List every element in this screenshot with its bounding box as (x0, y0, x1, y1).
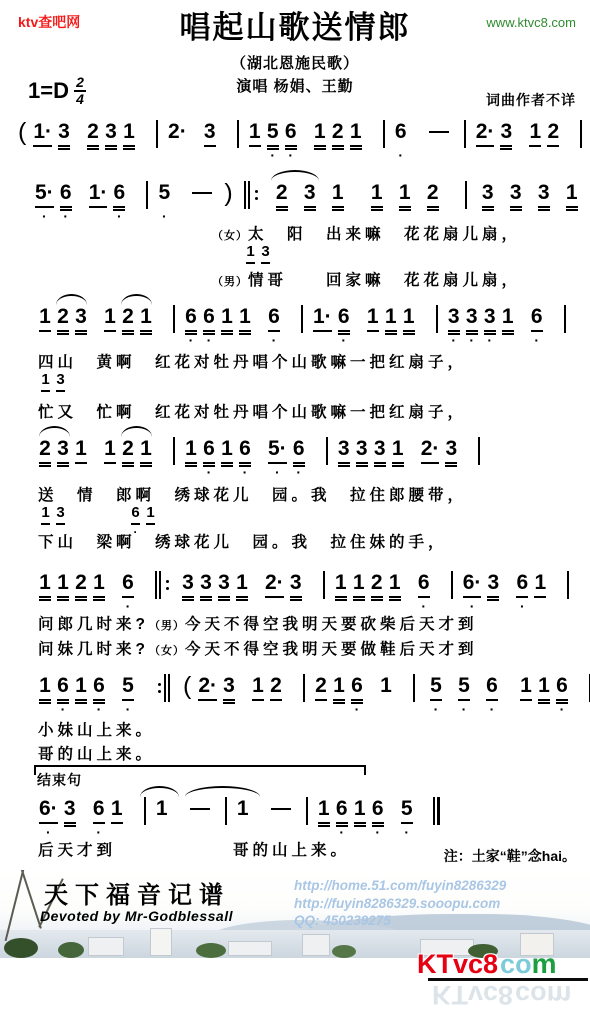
note: 3· (53, 372, 68, 403)
note: 2· (72, 571, 90, 611)
lyric-text: 情哥 回家嘛 花花扇儿扇， (248, 272, 521, 289)
note: 6· (478, 674, 506, 714)
note: 1· (101, 437, 119, 477)
note: 2· (312, 674, 330, 714)
music-line: 1·6·1·6·5·(2··3·1·2·2·1·6·1·5·5·6·1·1·6·… (36, 661, 590, 714)
pronunciation-note: 注：土家“鞋”念hai。 (444, 846, 576, 866)
barline (303, 674, 305, 702)
note: 6· (553, 674, 571, 714)
dash-note (429, 131, 449, 133)
note: 1· (246, 120, 264, 160)
slur-arc (271, 170, 320, 181)
lyric-text: 今天不得空我明天要砍柴后天才到 (185, 616, 478, 633)
lyric-line: 下山 梁啊 绣球花儿 园。我 拉住妹的手， (38, 530, 448, 552)
note: 1· (377, 674, 395, 714)
note: 1· (315, 797, 333, 837)
note: 1· (535, 674, 553, 714)
note: 1· (531, 571, 549, 611)
barline (567, 571, 569, 599)
note: 1· (218, 437, 236, 477)
note: 1· (233, 571, 251, 611)
note: 2· (329, 120, 347, 160)
repeat-end-sign (155, 674, 172, 702)
lyric-line: 问郎几时来?（男）今天不得空我明天要砍柴后天才到 (38, 612, 477, 634)
beam-group: 5· (398, 797, 416, 837)
music-line: (1··3·2·3·1·2··3·1·5·6·1·2·1·6·2··3·1·2·… (14, 107, 590, 160)
note: 3· (530, 181, 558, 221)
note: 2· (544, 120, 562, 160)
tree-photo (332, 945, 356, 958)
building-photo (302, 934, 330, 956)
beam-group: 6· (528, 305, 546, 345)
note: 1· (108, 797, 126, 837)
key-time-signature: 1=D 24 (28, 76, 86, 106)
repeat-begin-sign (244, 181, 261, 209)
beam-group: 1· (153, 797, 171, 837)
note: 6· (265, 305, 283, 345)
note: 1· (54, 571, 72, 611)
note: 6· (200, 437, 218, 477)
note: 3· (474, 181, 502, 221)
note: 1· (391, 181, 419, 221)
lyric-text: 下山 梁啊 绣球花儿 园。我 拉住妹的手， (38, 534, 448, 551)
note: 1· (90, 571, 108, 611)
note: 1· (236, 305, 254, 345)
beam-group: 5·5·6· (422, 674, 506, 714)
note: 5·· (32, 181, 57, 221)
close-paren: ) (224, 181, 232, 206)
note: 1· (72, 674, 90, 714)
barline (156, 120, 158, 148)
note: 3· (54, 437, 72, 477)
bracket-tick (34, 767, 36, 775)
beam-group: 1·2·1· (101, 305, 155, 345)
beam-group: 1·1·2·1· (332, 571, 404, 611)
voice-label: （女） (212, 230, 248, 242)
barline (436, 305, 438, 333)
barline (237, 120, 239, 148)
beam-group: 6··3· (36, 797, 79, 837)
note: 3· (61, 797, 79, 837)
note: 3· (445, 305, 463, 345)
barline (146, 181, 148, 209)
beam-group: 1·1·1· (364, 305, 418, 345)
note: 2· (267, 674, 285, 714)
beam-group: 3·3·3·1· (335, 437, 407, 477)
music-line: 2·3·1·1·2·1·1·6·1·6·5··6·3·3·3·1·2··3· (36, 424, 487, 477)
note: 1· (517, 674, 535, 714)
lyric-text: 今天不得空我明天要做鞋后天才到 (185, 641, 478, 658)
note: 6· (369, 797, 387, 837)
barline (580, 120, 582, 148)
barline (464, 120, 466, 148)
note: 3· (201, 120, 219, 160)
beam-group: 1·2·3· (36, 305, 90, 345)
time-bottom: 4 (76, 93, 84, 106)
link-sooopu: http://fuyin8286329.sooopu.com (294, 895, 506, 913)
barline (323, 571, 325, 599)
beam-group: 2·· (165, 120, 190, 160)
note: 1· (499, 305, 517, 345)
note: 2·· (195, 674, 220, 714)
barline (465, 181, 467, 209)
ending-bracket: 结束句 (34, 765, 366, 767)
note: 1· (311, 120, 329, 160)
beam-group: 1··6· (310, 305, 353, 345)
beam-group: 1·2· (526, 120, 562, 160)
logo-m-text: m (547, 980, 574, 1011)
note: 6· (513, 571, 531, 611)
note: 1· (36, 305, 54, 345)
grace-notes: 1·3·6·1· (0, 505, 590, 529)
note: 6· (54, 674, 72, 714)
lyric-line: 小妹山上来。 (38, 718, 155, 740)
beam-group: 1·1·2·1· (36, 571, 108, 611)
note: 6· (290, 437, 308, 477)
note: 5· (422, 674, 450, 714)
note: 6· (282, 120, 300, 160)
note: 3· (72, 305, 90, 345)
note: 3· (197, 571, 215, 611)
note: 1·· (86, 181, 111, 221)
beam-group: 3· (201, 120, 219, 160)
barline (564, 305, 566, 333)
lyric-line: 四山 黄啊 红花对牡丹唱个山歌嘛一把红扇子， (38, 350, 467, 372)
beam-group: 6· (119, 571, 137, 611)
note: 3· (442, 437, 460, 477)
note: 6·· (36, 797, 61, 837)
beam-group: 2·3·1· (84, 120, 138, 160)
lyric-text: 送 情 郎啊 绣球花儿 园。我 拉住郎腰带， (38, 487, 467, 504)
note: 1· (330, 674, 348, 714)
note: 1· (36, 571, 54, 611)
note: 6· (335, 305, 353, 345)
note: 3· (371, 437, 389, 477)
beam-group: 1·1·6· (517, 674, 571, 714)
sheet-music-page: ktv查吧网 唱起山歌送情郎 www.ktvc8.com （湖北恩施民歌） 演唱… (0, 0, 590, 1016)
note: 1· (72, 437, 90, 477)
note: 3· (102, 120, 120, 160)
beam-group: 1·6·1·6· (36, 674, 108, 714)
beam-group: 2·3·1· (268, 181, 352, 221)
note: 6· (90, 797, 108, 837)
logo-m-text: m (532, 948, 559, 979)
note: 1· (137, 437, 155, 477)
note: 5·· (265, 437, 290, 477)
dash-note (190, 808, 210, 810)
note: 3· (481, 305, 499, 345)
bracket-tick (364, 767, 366, 775)
note: 1· (101, 305, 119, 345)
note: 6· (200, 305, 218, 345)
note: 2· (368, 571, 386, 611)
beam-group: 6··3· (460, 571, 503, 611)
building-photo (228, 941, 272, 956)
note: 3· (484, 571, 502, 611)
lyric-line: （男）情哥 回家嘛 花花扇儿扇， (212, 268, 521, 290)
logo-red-text: KTvc8 (417, 949, 498, 979)
note: 3· (215, 571, 233, 611)
tree-photo (4, 938, 38, 958)
note: 2· (84, 120, 102, 160)
music-line: 1·1·2·1·6·3·3·3·1·2··3·1·1·2·1·6·6··3·6·… (36, 558, 576, 611)
tree-photo (58, 942, 84, 958)
lyric-text: 哥的山上来。 (38, 746, 155, 763)
time-top: 2 (76, 76, 84, 89)
music-line: 6··3·6·1·1·1·1·6·1·6·5· (36, 784, 446, 837)
note: 5· (450, 674, 478, 714)
lyric-text: 忙又 忙啊 红花对牡丹唱个山歌嘛一把红扇子， (38, 404, 467, 421)
song-subtitle: （湖北恩施民歌） (0, 52, 590, 73)
logo-co-text: co (515, 980, 547, 1010)
beam-group: 1·2·1· (101, 437, 155, 477)
note: 3· (220, 674, 238, 714)
building-photo (88, 937, 124, 956)
beam-group: 2··3· (473, 120, 516, 160)
barline (306, 797, 308, 825)
site-url-right: www.ktvc8.com (486, 15, 576, 30)
note: 3· (353, 437, 371, 477)
footer-banner: 天下福音记谱 Devoted by Mr-Godblessall http://… (0, 870, 590, 958)
note: 1· (526, 120, 544, 160)
note: 6· (57, 181, 75, 221)
note: 1· (36, 674, 54, 714)
lyric-text: 后天才到 哥的山上来。 (38, 842, 350, 859)
note: 1· (363, 181, 391, 221)
beam-group: 6·1· (90, 797, 126, 837)
beam-group: 1·6·1·6· (182, 437, 254, 477)
beam-group: 1·5·6· (246, 120, 300, 160)
beam-group: 3·3·3·1· (445, 305, 517, 345)
note: 5· (119, 674, 137, 714)
beam-group: 1·3· (38, 372, 68, 403)
music-line: 1·2·3·1·2·1·6·6·1·1·6·1··6·1·1·1·3·3·3·1… (36, 292, 573, 345)
note: 1· (364, 305, 382, 345)
slur-arc (121, 426, 152, 437)
note: 2· (119, 305, 137, 345)
beam-group: 2··3· (262, 571, 305, 611)
beam-group: 6· (265, 305, 283, 345)
beam-group: 3·3·3·1· (179, 571, 251, 611)
note: 2· (419, 181, 447, 221)
note: 1· (120, 120, 138, 160)
barline (383, 120, 385, 148)
slur-arc (185, 786, 260, 797)
note: 1· (218, 305, 236, 345)
lyric-text: 太 阳 出来嘛 花花扇儿扇， (248, 226, 521, 243)
lyric-text: 小妹山上来。 (38, 722, 155, 739)
logo-co-text: co (500, 949, 532, 979)
slur-arc (39, 426, 70, 437)
beam-group: 5··6· (265, 437, 308, 477)
note: 2·· (165, 120, 190, 160)
note: 3· (55, 120, 73, 160)
beam-group: 1· (234, 797, 252, 837)
barline (144, 797, 146, 825)
building-photo (150, 928, 172, 956)
note: 3· (179, 571, 197, 611)
beam-group: 5· (119, 674, 137, 714)
note: 6· (392, 120, 410, 160)
grace-notes: 1·3· (0, 372, 590, 396)
note: 6· (182, 305, 200, 345)
beam-group: 1·6·1·6· (315, 797, 387, 837)
note: 5· (155, 181, 173, 221)
barline (451, 571, 453, 599)
note: 1· (558, 181, 586, 221)
beam-group: 5· (155, 181, 173, 221)
barline (413, 674, 415, 702)
voice-label: （女） (149, 645, 185, 657)
time-signature: 24 (74, 76, 86, 106)
voice-label: （男） (212, 276, 248, 288)
note: 2· (36, 437, 54, 477)
beam-group: 1··3· (30, 120, 73, 160)
note: 1· (137, 305, 155, 345)
repeat-begin-sign (155, 571, 172, 599)
dash-note (192, 192, 212, 194)
barline (301, 305, 303, 333)
note: 6·· (460, 571, 485, 611)
beam-group: 1·1·2· (363, 181, 447, 221)
note: 1· (347, 120, 365, 160)
watermark-english: Devoted by Mr-Godblessall (40, 908, 233, 924)
note: 1· (386, 571, 404, 611)
open-paren: ( (183, 674, 191, 699)
lyric-line: 送 情 郎啊 绣球花儿 园。我 拉住郎腰带， (38, 483, 467, 505)
key-label: 1=D (28, 78, 69, 104)
beam-group: 3·3·3·1· (474, 181, 586, 221)
note: 1· (332, 571, 350, 611)
link-home51: http://home.51.com/fuyin8286329 (294, 877, 506, 895)
beam-group: 6· (415, 571, 433, 611)
note: 1· (350, 571, 368, 611)
note: 6· (415, 571, 433, 611)
barline (173, 437, 175, 465)
barline (173, 305, 175, 333)
note: 1· (351, 797, 369, 837)
note: 1· (153, 797, 171, 837)
beam-group: 2··3· (418, 437, 461, 477)
lyric-line: （女）太 阳 出来嘛 花花扇儿扇， (212, 222, 521, 244)
voice-label: （男） (149, 620, 185, 632)
beam-group: 1· (377, 674, 395, 714)
lyric-line: 哥的山上来。 (38, 742, 155, 764)
note: 3· (497, 120, 515, 160)
beam-group: 6·1· (513, 571, 549, 611)
beam-group: 6· (392, 120, 410, 160)
note: 1·· (310, 305, 335, 345)
lyric-text: 问妹几时来? (38, 641, 149, 658)
note: 1· (182, 437, 200, 477)
grace-notes: 1·3· (0, 244, 590, 268)
barline (326, 437, 328, 465)
note: 6· (348, 674, 366, 714)
note: 3· (463, 305, 481, 345)
music-line: 5··6·1··6·5·)2·3·1·1·1·2·3·3·3·1·2ˊ· (32, 168, 590, 227)
note: 6· (528, 305, 546, 345)
note: 2·· (473, 120, 498, 160)
note: 3· (335, 437, 353, 477)
lyric-line: 后天才到 哥的山上来。 (38, 838, 350, 860)
beam-group: 1·2· (249, 674, 285, 714)
note: 2· (268, 181, 296, 221)
note: 3· (287, 571, 305, 611)
final-barline (433, 797, 440, 825)
beam-group: 2·3·1· (36, 437, 90, 477)
beam-group: 6·6·1·1· (182, 305, 254, 345)
beam-group: 2·1·6· (312, 674, 366, 714)
watermark-chinese: 天下福音记谱 (44, 875, 230, 910)
ktvc8-logo: KTvc8com (417, 950, 558, 978)
note: 2·· (418, 437, 443, 477)
slur-arc (121, 294, 152, 305)
note: 6· (110, 181, 128, 221)
lyric-text: 四山 黄啊 红花对牡丹唱个山歌嘛一把红扇子， (38, 354, 467, 371)
barline (225, 797, 227, 825)
dash-note (271, 808, 291, 810)
note: 1· (234, 797, 252, 837)
note: 5· (264, 120, 282, 160)
link-qq: QQ: 450239275 (294, 912, 506, 930)
note: 1· (38, 372, 53, 403)
note: 6· (236, 437, 254, 477)
lyric-text: 问郎几时来? (38, 616, 149, 633)
beam-group: 2··3· (195, 674, 238, 714)
note: 1· (389, 437, 407, 477)
note: 5· (398, 797, 416, 837)
note: 6· (90, 674, 108, 714)
ktvc8-logo-reflection: KTvc8com (432, 981, 573, 1009)
lyric-line: 问妹几时来?（女）今天不得空我明天要做鞋后天才到 (38, 637, 477, 659)
open-paren: ( (18, 120, 26, 145)
note: 1· (400, 305, 418, 345)
note: 1· (382, 305, 400, 345)
logo-red-text: KTvc8 (432, 980, 513, 1010)
tie-group: 1· (182, 797, 263, 837)
note: 3· (296, 181, 324, 221)
note: 1· (249, 674, 267, 714)
note: 6· (333, 797, 351, 837)
beam-group: 5··6· (32, 181, 75, 221)
tie-group: 1· (137, 797, 182, 837)
note: 1·· (30, 120, 55, 160)
note: 3· (502, 181, 530, 221)
slur-arc (56, 294, 87, 305)
barline (478, 437, 480, 465)
note: 2· (119, 437, 137, 477)
tree-photo (196, 943, 226, 958)
lyric-line: 忙又 忙啊 红花对牡丹唱个山歌嘛一把红扇子， (38, 400, 467, 422)
branch-photo (20, 870, 42, 929)
slur-arc (140, 786, 179, 797)
note: 2· (54, 305, 72, 345)
note: 6· (119, 571, 137, 611)
note: 1· (324, 181, 352, 221)
beam-group: 1·2·1· (311, 120, 365, 160)
note: 2·· (262, 571, 287, 611)
watermark-links: http://home.51.com/fuyin8286329 http://f… (294, 877, 506, 930)
beam-group: 1··6· (86, 181, 129, 221)
